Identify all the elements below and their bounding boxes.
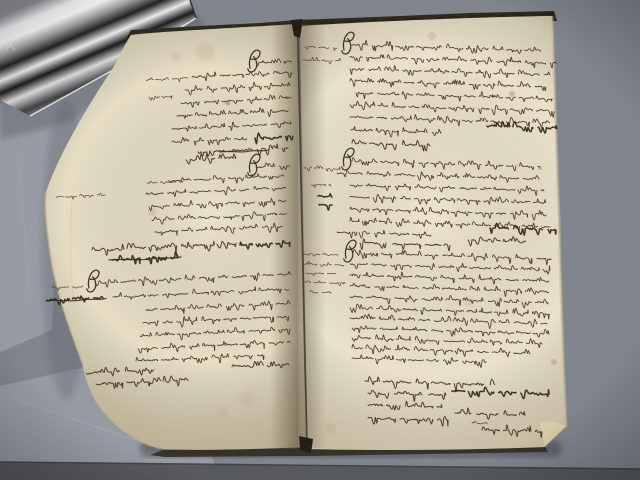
- photo-vignette: [0, 0, 640, 480]
- manuscript-scene: [0, 0, 640, 480]
- manuscript-photo-root: [0, 0, 640, 480]
